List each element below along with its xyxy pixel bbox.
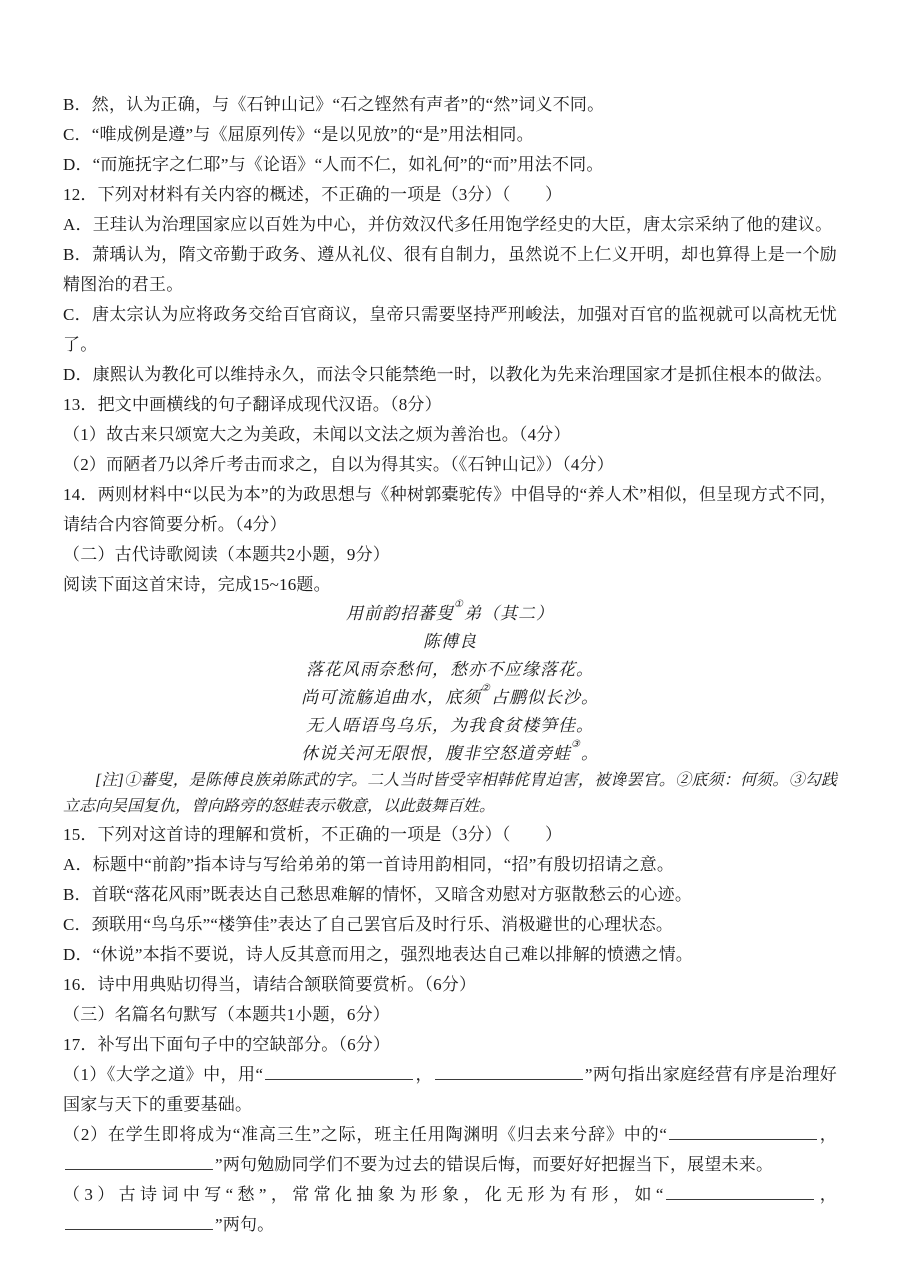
blank-line xyxy=(435,1064,583,1080)
q15-option-c: C．颈联用“鸟乌乐”“楼笋佳”表达了自己罢官后及时行乐、消极避世的心理状态。 xyxy=(63,910,837,940)
blank-line xyxy=(666,1184,814,1200)
q13-sub2: （2）而陋者乃以斧斤考击而求之，自以为得其实。（《石钟山记》）（4分） xyxy=(63,450,837,480)
q12-stem: 12．下列对材料有关内容的概述，不正确的一项是（3分）（ ） xyxy=(63,180,837,210)
poem-author: 陈傅良 xyxy=(63,628,837,656)
q11-option-d: D．“而施抚字之仁耶”与《论语》“人而不仁，如礼何”的“而”用法不同。 xyxy=(63,150,837,180)
exam-page: B．然，认为正确，与《石钟山记》“石之铿然有声者”的“然”词义不同。 C．“唯成… xyxy=(0,0,900,1240)
q12-option-c: C．唐太宗认为应将政务交给百官商议，皇帝只需要坚持严刑峻法，加强对百官的监视就可… xyxy=(63,300,837,360)
q17-stem: 17．补写出下面句子中的空缺部分。（6分） xyxy=(63,1030,837,1060)
blank-line xyxy=(65,1214,213,1230)
q16-stem: 16．诗中用典贴切得当，请结合颔联简要赏析。（6分） xyxy=(63,970,837,1000)
footnote-marker-3: ③ xyxy=(571,739,581,750)
q11-option-b: B．然，认为正确，与《石钟山记》“石之铿然有声者”的“然”词义不同。 xyxy=(63,90,837,120)
section2-instruction: 阅读下面这首宋诗，完成15~16题。 xyxy=(63,570,837,600)
q15-option-a: A．标题中“前韵”指本诗与写给弟弟的第一首诗用韵相同，“招”有殷切招请之意。 xyxy=(63,850,837,880)
poem-line-2: 尚可流觞追曲水，底须②占鹏似长沙。 xyxy=(63,684,837,712)
q11-option-c: C．“唯成例是遵”与《屈原列传》“是以见放”的“是”用法相同。 xyxy=(63,120,837,150)
blank-line xyxy=(65,1154,213,1170)
q15-stem: 15．下列对这首诗的理解和赏析，不正确的一项是（3分）（ ） xyxy=(63,820,837,850)
poem-title: 用前韵招蕃叟①弟（其二） xyxy=(63,600,837,628)
q13-sub1: （1）故古来只颂宽大之为美政，未闻以文法之烦为善治也。（4分） xyxy=(63,420,837,450)
q13-stem: 13．把文中画横线的句子翻译成现代汉语。（8分） xyxy=(63,390,837,420)
q12-option-b: B．萧瑀认为，隋文帝勤于政务、遵从礼仪、很有自制力，虽然说不上仁义开明，却也算得… xyxy=(63,240,837,300)
footnote-marker-1: ① xyxy=(454,599,464,610)
poem-footnotes: [注]①蕃叟，是陈傅良族弟陈武的字。二人当时皆受宰相韩侂胄迫害，被谗罢官。②底须… xyxy=(63,768,837,820)
q14-stem: 14．两则材料中“以民为本”的为政思想与《种树郭橐驼传》中倡导的“养人术”相似，… xyxy=(63,480,837,540)
q12-option-d: D．康熙认为教化可以维持永久，而法令只能禁绝一时，以教化为先来治理国家才是抓住根… xyxy=(63,360,837,390)
poem-line-1: 落花风雨奈愁何，愁亦不应缘落花。 xyxy=(63,656,837,684)
poem-line-3: 无人晤语鸟乌乐，为我食贫楼笋佳。 xyxy=(63,712,837,740)
section3-heading: （三）名篇名句默写（本题共1小题，6分） xyxy=(63,1000,837,1030)
blank-line xyxy=(265,1064,413,1080)
footnote-marker-2: ② xyxy=(481,683,491,694)
q17-item-1: （1）《大学之道》中，用“，”两句指出家庭经营有序是治理好国家与天下的重要基础。 xyxy=(63,1060,837,1120)
q12-option-a: A．王珪认为治理国家应以百姓为中心，并仿效汉代多任用饱学经史的大臣，唐太宗采纳了… xyxy=(63,210,837,240)
poem: 用前韵招蕃叟①弟（其二） 陈傅良 落花风雨奈愁何，愁亦不应缘落花。 尚可流觞追曲… xyxy=(63,600,837,768)
q17-item-2: （2）在学生即将成为“准高三生”之际，班主任用陶渊明《归去来兮辞》中的“，”两句… xyxy=(63,1120,837,1180)
section2-heading: （二）古代诗歌阅读（本题共2小题，9分） xyxy=(63,540,837,570)
blank-line xyxy=(669,1124,817,1140)
poem-line-4: 休说关河无限恨，腹非空怒道旁蛙③。 xyxy=(63,740,837,768)
q17-item-3: （3）古诗词中写“愁”，常常化抽象为形象，化无形为有形，如“，”两句。 xyxy=(63,1180,837,1240)
q15-option-b: B．首联“落花风雨”既表达自己愁思难解的情怀，又暗含劝慰对方驱散愁云的心迹。 xyxy=(63,880,837,910)
q15-option-d: D．“休说”本指不要说，诗人反其意而用之，强烈地表达自己难以排解的愤懑之情。 xyxy=(63,940,837,970)
